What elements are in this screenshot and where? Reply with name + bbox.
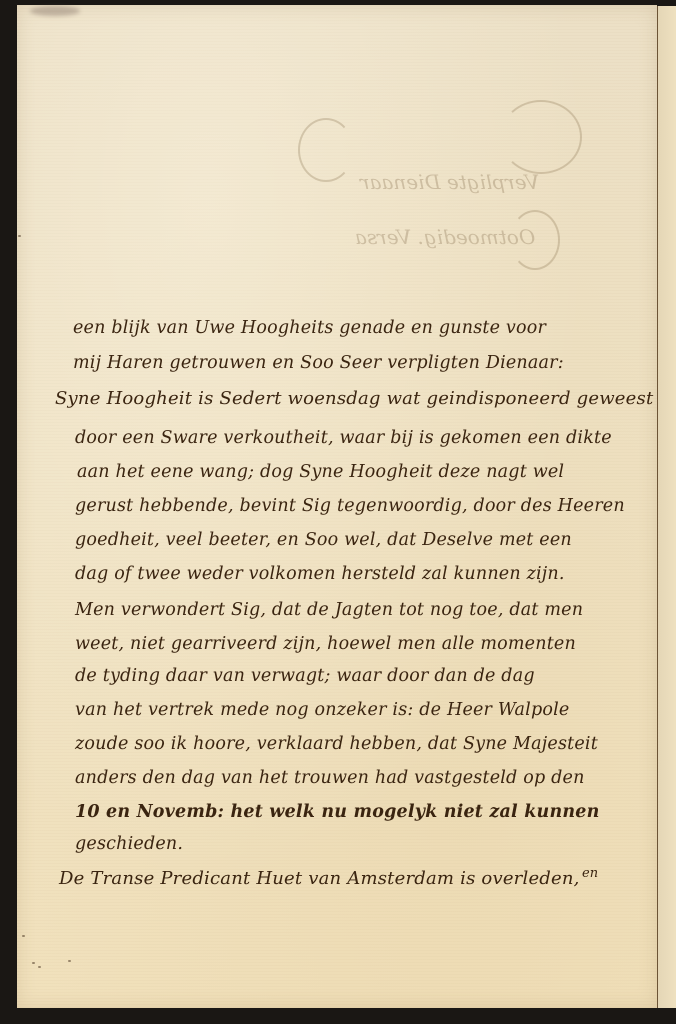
letter-line: zoude soo ik hoore, verklaard hebben, da… [75,736,598,754]
catchword: en [582,866,598,881]
letter-line: weet, niet gearriveerd zijn, hoewel men … [75,636,576,654]
letter-line: goedheit, veel beeter, en Soo wel, dat D… [75,532,572,550]
adjacent-page-edge [657,6,676,1008]
bleed-through-text: Verpligte Dienaar [360,170,539,194]
paper-spot [38,966,41,968]
letter-line: 10 en Novemb: het welk nu mogelyk niet z… [75,804,600,822]
letter-line: geschieden. [75,836,183,854]
letter-line: Men verwondert Sig, dat de Jagten tot no… [75,602,583,620]
letter-line: gerust hebbende, bevint Sig tegenwoordig… [75,498,625,516]
paper-spot [32,962,35,964]
scanned-document: Verpligte Dienaar Ootmoedig. Versa een b… [0,0,676,1024]
paper-spot [18,235,21,237]
letter-line: anders den dag van het trouwen had vastg… [75,770,585,788]
letter-line: een blijk van Uwe Hoogheits genade en gu… [73,320,546,338]
bleed-through-flourish [500,100,582,174]
bleed-through-text: Ootmoedig. Versa [355,225,535,249]
letter-line: mij Haren getrouwen en Soo Seer verpligt… [73,355,564,373]
letter-line: De Transe Predicant Huet van Amsterdam i… [59,870,580,888]
letter-line: dag of twee weder volkomen hersteld zal … [75,566,565,584]
ink-stain [30,6,80,16]
letter-line: door een Sware verkoutheit, waar bij is … [75,430,612,448]
letter-line: Syne Hoogheit is Sedert woensdag wat gei… [55,390,653,408]
letter-line: van het vertrek mede nog onzeker is: de … [75,702,569,720]
paper-spot [22,935,25,937]
bleed-through-flourish [298,118,354,182]
paper-spot [68,960,71,962]
letter-line: aan het eene wang; dog Syne Hoogheit dez… [77,464,564,482]
letter-line: de tyding daar van verwagt; waar door da… [75,668,535,686]
